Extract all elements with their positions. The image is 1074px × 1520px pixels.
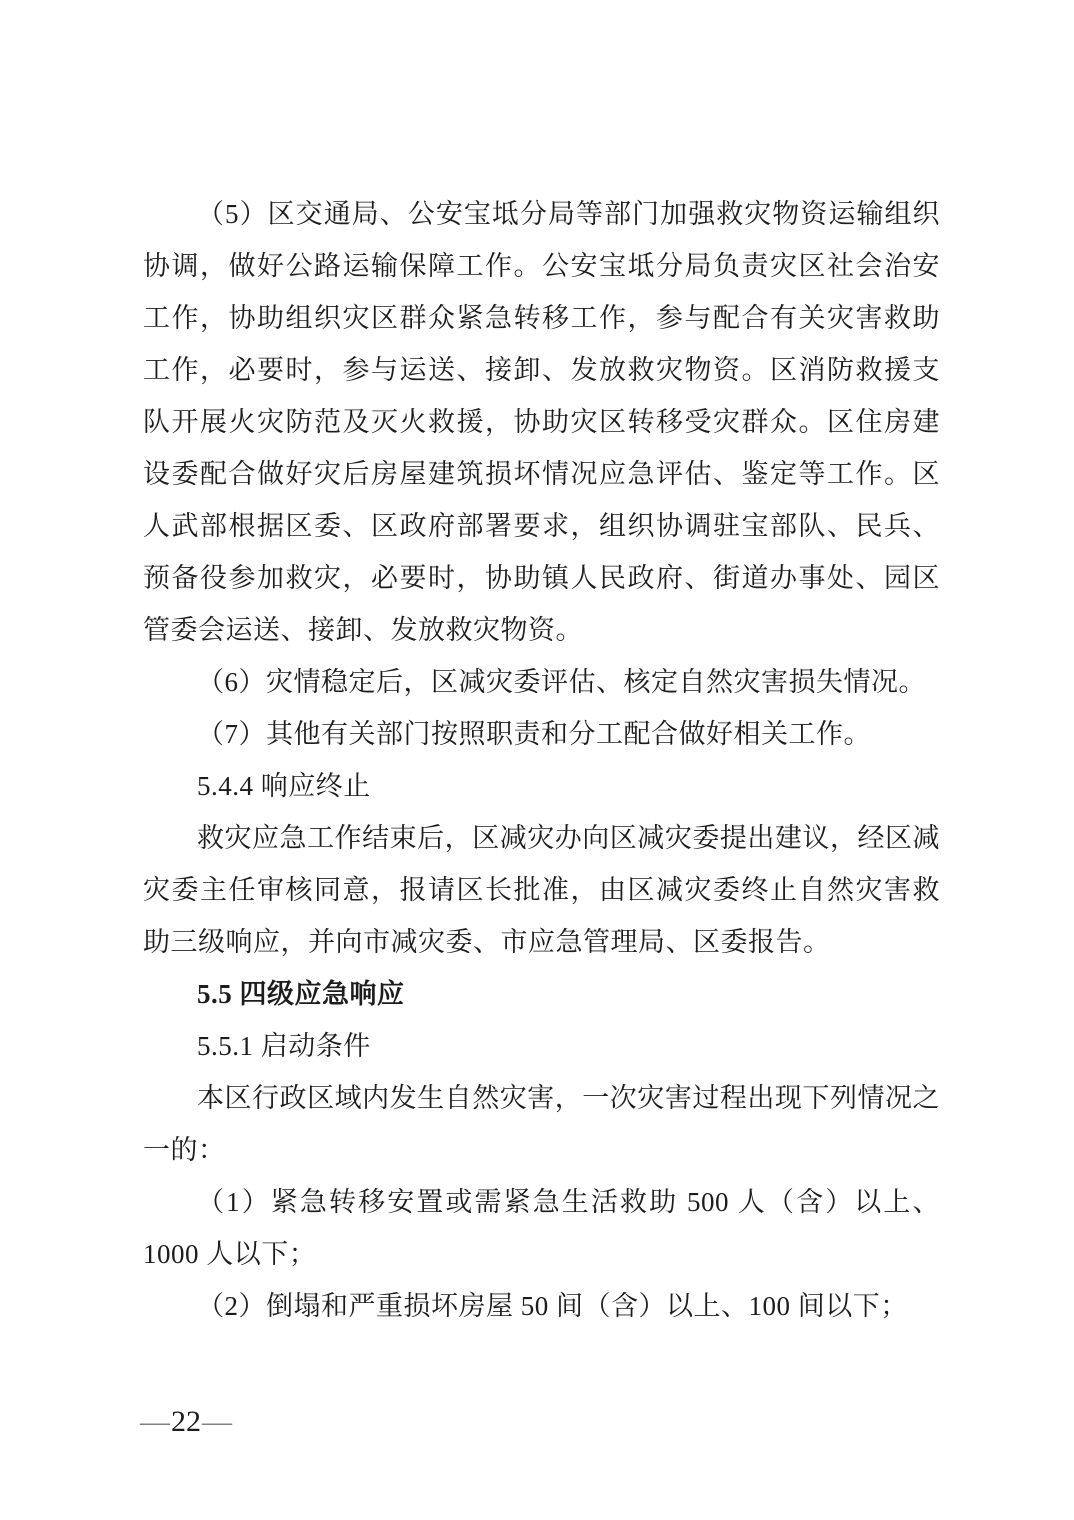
- paragraph-condition-2: （2）倒塌和严重损坏房屋 50 间（含）以上、100 间以下；: [143, 1280, 940, 1332]
- page-number-dash-right: —: [202, 1405, 232, 1438]
- page-footer: —22—: [140, 1404, 232, 1440]
- heading-5-4-4-response-termination: 5.4.4 响应终止: [143, 760, 940, 812]
- paragraph-response-termination: 救灾应急工作结束后，区减灾办向区减灾委提出建议，经区减灾委主任审核同意，报请区长…: [143, 812, 940, 968]
- page-number: 22: [170, 1405, 202, 1438]
- paragraph-item-5: （5）区交通局、公安宝坻分局等部门加强救灾物资运输组织协调，做好公路运输保障工作…: [143, 188, 940, 656]
- paragraph-start-conditions-intro: 本区行政区域内发生自然灾害，一次灾害过程出现下列情况之一的：: [143, 1072, 940, 1176]
- heading-5-5-level4-emergency-response: 5.5 四级应急响应: [143, 968, 940, 1020]
- paragraph-condition-1: （1）紧急转移安置或需紧急生活救助 500 人（含）以上、1000 人以下；: [143, 1176, 940, 1280]
- paragraph-item-7: （7）其他有关部门按照职责和分工配合做好相关工作。: [143, 708, 940, 760]
- heading-5-5-1-start-conditions: 5.5.1 启动条件: [143, 1020, 940, 1072]
- paragraph-item-6: （6）灾情稳定后，区减灾委评估、核定自然灾害损失情况。: [143, 656, 940, 708]
- document-content: （5）区交通局、公安宝坻分局等部门加强救灾物资运输组织协调，做好公路运输保障工作…: [143, 188, 940, 1332]
- page-number-dash-left: —: [140, 1405, 170, 1438]
- document-page: （5）区交通局、公安宝坻分局等部门加强救灾物资运输组织协调，做好公路运输保障工作…: [0, 0, 1074, 1520]
